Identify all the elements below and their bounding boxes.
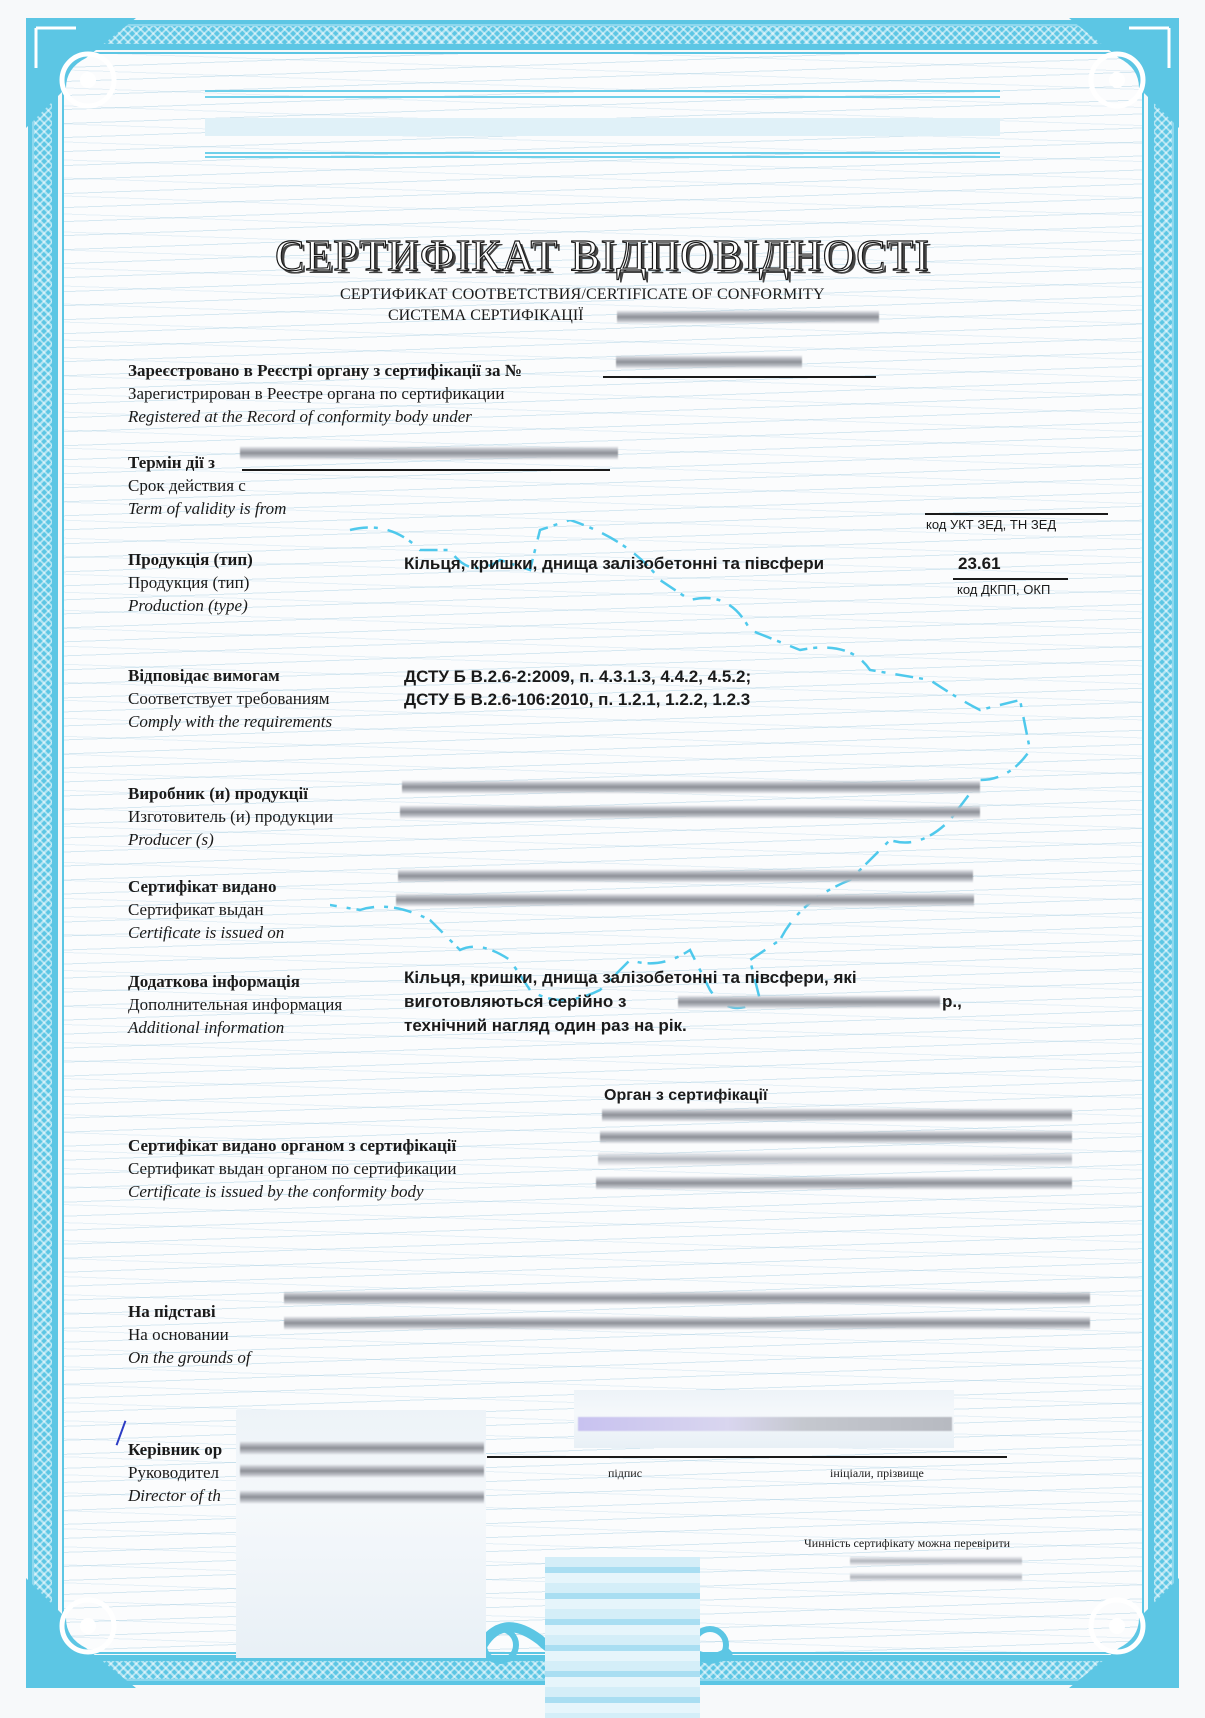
- redacted-verify-line1: [850, 1556, 1022, 1566]
- certificate-page: СЕРТИФІКАТ ВІДПОВІДНОСТІ СЕРТИФИКАТ СООТ…: [0, 0, 1205, 1718]
- redacted-producer-line1: [402, 780, 980, 794]
- director-label-ru: Руководител: [128, 1461, 222, 1484]
- requirements-label-uk: Відповідає вимогам: [128, 664, 332, 687]
- redacted-registration-number: [616, 355, 802, 369]
- term-label-ru: Срок действия с: [128, 474, 286, 497]
- registered-number-line: [603, 376, 876, 378]
- requirements-label-en: Comply with the requirements: [128, 710, 332, 733]
- redacted-stamp: [545, 1557, 700, 1718]
- term-field: Термін дії з Срок действия с Term of val…: [128, 451, 286, 520]
- issued-by-label-uk: Сертифікат видано органом з сертифікації: [128, 1134, 457, 1157]
- producer-label-en: Producer (s): [128, 828, 333, 851]
- header-redacted-band: [205, 90, 1000, 160]
- redacted-body-line3: [598, 1152, 1072, 1166]
- additional-value-line3: технічний нагляд один раз на рік.: [404, 1014, 687, 1038]
- registered-label-ru: Зарегистрирован в Реестре органа по серт…: [128, 382, 522, 405]
- redacted-verify-line2: [850, 1572, 1022, 1582]
- issued-by-label-ru: Сертификат выдан органом по сертификации: [128, 1157, 457, 1180]
- requirements-field: Відповідає вимогам Соответствует требова…: [128, 664, 332, 733]
- redacted-grounds-line1: [284, 1291, 1090, 1305]
- verify-note: Чинність сертифікату можна перевірити: [804, 1536, 1010, 1551]
- corner-ornament-icon: [26, 18, 136, 128]
- grounds-label-ru: На основании: [128, 1323, 251, 1346]
- requirements-value-line2: ДСТУ Б В.2.6-106:2010, п. 1.2.1, 1.2.2, …: [404, 688, 750, 712]
- issued-to-label-en: Certificate is issued on: [128, 921, 284, 944]
- dkpp-code-value: 23.61: [958, 552, 1001, 576]
- redacted-director-line2: [240, 1464, 484, 1478]
- redacted-director-line1: [240, 1441, 484, 1455]
- director-label-en: Director of th: [128, 1484, 222, 1507]
- additional-label-uk: Додаткова інформація: [128, 970, 342, 993]
- signature-line: [487, 1456, 1007, 1458]
- redacted-body-line1: [602, 1108, 1072, 1122]
- product-value: Кільця, кришки, днища залізобетонні та п…: [404, 552, 824, 576]
- name-caption: ініціали, прізвище: [830, 1466, 924, 1481]
- additional-value-line1: Кільця, кришки, днища залізобетонні та п…: [404, 966, 857, 990]
- dkpp-line: [953, 578, 1068, 580]
- document-title: СЕРТИФІКАТ ВІДПОВІДНОСТІ: [0, 230, 1205, 281]
- ukt-zed-line: [925, 513, 1108, 515]
- issued-to-label-uk: Сертифікат видано: [128, 875, 284, 898]
- product-label-en: Production (type): [128, 594, 253, 617]
- redacted-body-line4: [596, 1176, 1072, 1190]
- document-subtitle: СЕРТИФИКАТ СООТВЕТСТВИЯ/CERTIFICATE OF C…: [340, 286, 825, 304]
- issued-to-field: Сертифікат видано Сертификат выдан Certi…: [128, 875, 284, 944]
- additional-label-ru: Дополнительная информация: [128, 993, 342, 1016]
- product-field: Продукція (тип) Продукция (тип) Producti…: [128, 548, 253, 617]
- additional-value-line2-suffix: р.,: [942, 990, 962, 1014]
- grounds-label-en: On the grounds of: [128, 1346, 251, 1369]
- director-field: Керівник ор Руководител Director of th: [128, 1438, 222, 1507]
- registered-label-uk: Зареєстровано в Реєстрі органу з сертифі…: [128, 359, 522, 382]
- requirements-value-line1: ДСТУ Б В.2.6-2:2009, п. 4.3.1.3, 4.4.2, …: [404, 665, 751, 689]
- additional-info-field: Додаткова інформація Дополнительная инфо…: [128, 970, 342, 1039]
- ukt-zed-code-label: код УКТ ЗЕД, ТН ЗЕД: [926, 517, 1056, 532]
- requirements-label-ru: Соответствует требованиям: [128, 687, 332, 710]
- term-label-en: Term of validity is from: [128, 497, 286, 520]
- redacted-issued-to-line2: [396, 893, 974, 907]
- redacted-body-line2: [600, 1130, 1072, 1144]
- producer-label-uk: Виробник (и) продукції: [128, 782, 333, 805]
- product-label-uk: Продукція (тип): [128, 548, 253, 571]
- issued-by-body-field: Сертифікат видано органом з сертифікації…: [128, 1134, 457, 1203]
- redacted-term-dates: [240, 446, 618, 460]
- producer-label-ru: Изготовитель (и) продукции: [128, 805, 333, 828]
- producer-field: Виробник (и) продукції Изготовитель (и) …: [128, 782, 333, 851]
- corner-ornament-icon: [1069, 18, 1179, 128]
- redacted-system-name: [617, 310, 879, 324]
- issued-by-label-en: Certificate is issued by the conformity …: [128, 1180, 457, 1203]
- redacted-issued-to-line1: [398, 869, 973, 883]
- certification-body-heading: Орган з сертифікації: [604, 1084, 767, 1108]
- issued-to-label-ru: Сертификат выдан: [128, 898, 284, 921]
- redacted-signature: [578, 1417, 952, 1431]
- redacted-producer-line2: [400, 805, 980, 819]
- redacted-production-date: [678, 995, 940, 1009]
- certification-system-label: СИСТЕМА СЕРТИФІКАЦІЇ: [388, 307, 584, 325]
- dkpp-code-label: код ДКПП, ОКП: [957, 582, 1050, 597]
- product-label-ru: Продукция (тип): [128, 571, 253, 594]
- additional-value-line2-prefix: виготовляються серійно з: [404, 990, 626, 1014]
- redacted-grounds-line2: [284, 1316, 1090, 1330]
- registered-field: Зареєстровано в Реєстрі органу з сертифі…: [128, 359, 522, 428]
- additional-label-en: Additional information: [128, 1016, 342, 1039]
- signature-caption: підпис: [608, 1466, 642, 1481]
- grounds-label-uk: На підставі: [128, 1300, 251, 1323]
- registered-label-en: Registered at the Record of conformity b…: [128, 405, 522, 428]
- corner-ornament-icon: [1069, 1578, 1179, 1688]
- redacted-director-line3: [240, 1490, 484, 1504]
- director-label-uk: Керівник ор: [128, 1438, 222, 1461]
- term-line: [242, 469, 610, 471]
- grounds-field: На підставі На основании On the grounds …: [128, 1300, 251, 1369]
- corner-ornament-icon: [26, 1578, 136, 1688]
